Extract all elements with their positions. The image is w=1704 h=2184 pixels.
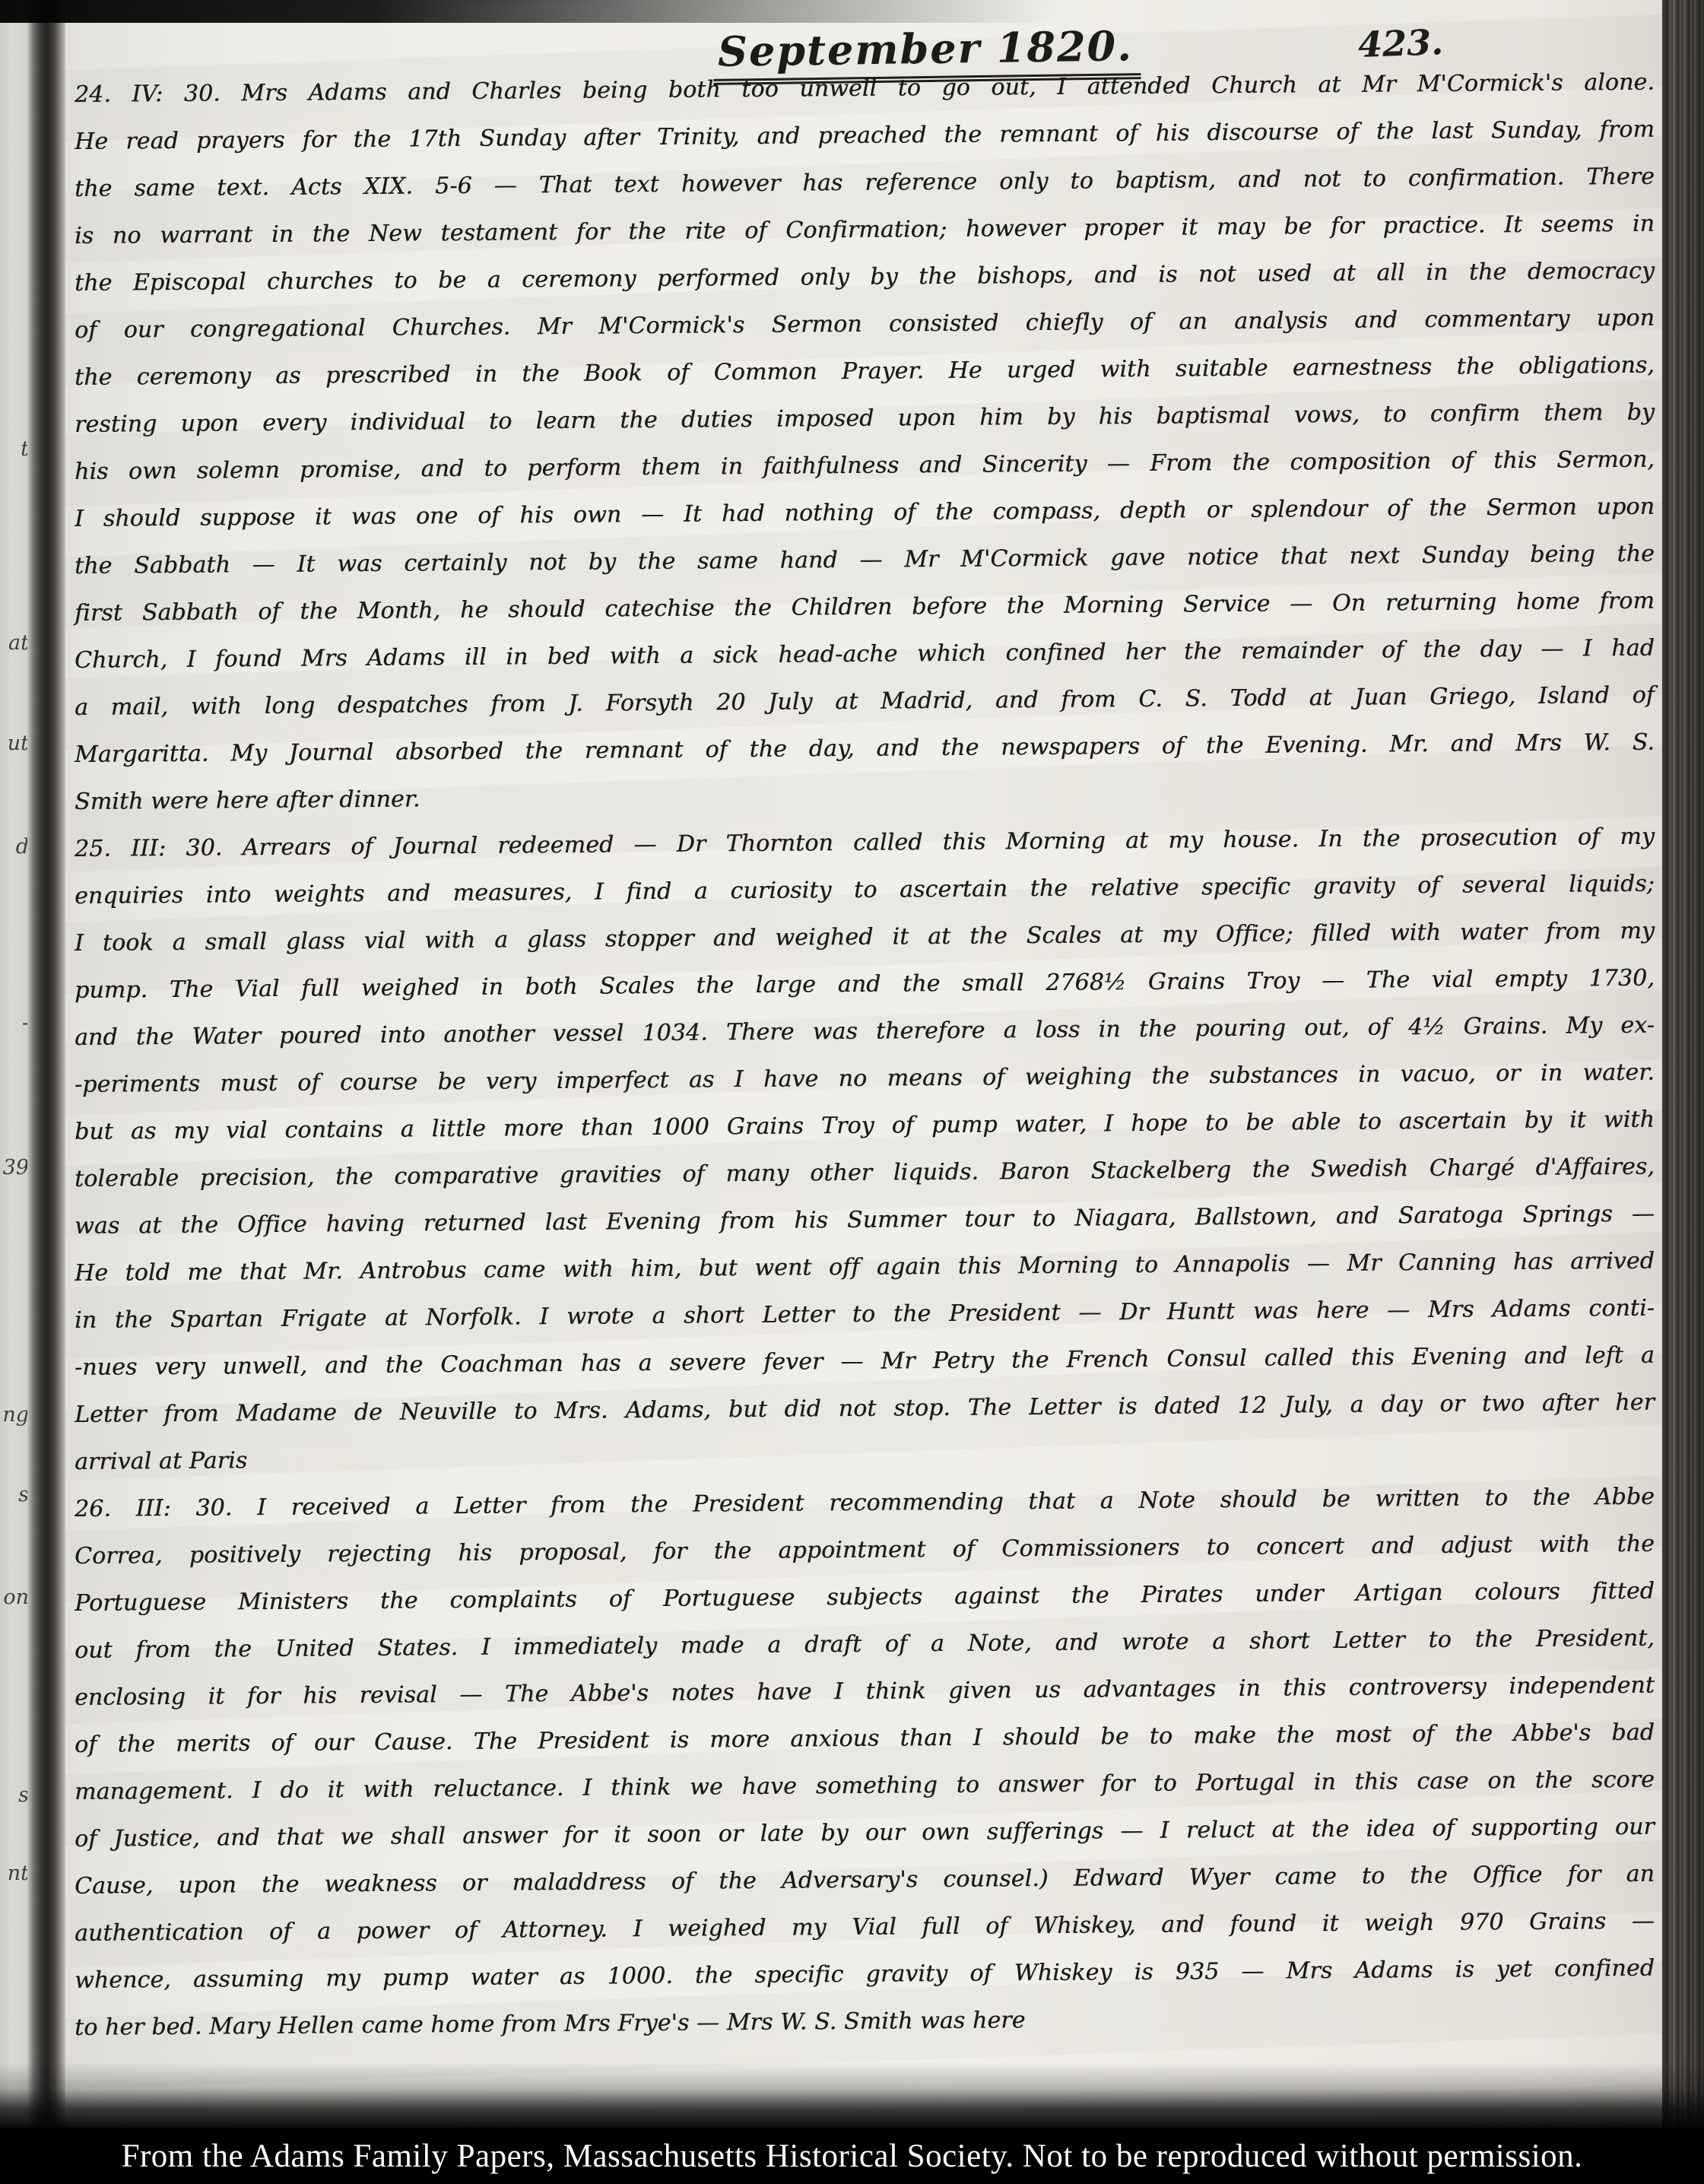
photo-top-shadow — [0, 0, 1704, 23]
facing-page-text-fragment: on — [2, 1586, 29, 1609]
diary-entries: 24. IV: 30. Mrs Adams and Charles being … — [75, 71, 1655, 2052]
manuscript-photo: tatutd-39ngsonsnt September 1820. 423. 2… — [0, 0, 1704, 2184]
facing-page-text-fragment: nt — [2, 1862, 29, 1885]
attribution-caption: From the Adams Family Papers, Massachuse… — [122, 2138, 1583, 2175]
book-gutter-shadow — [27, 0, 65, 2134]
facing-page-text-fragment: ut — [2, 732, 29, 755]
facing-page-text-fragment: ng — [2, 1403, 29, 1427]
facing-page-text-fragment: - — [2, 1011, 29, 1035]
page-bottom-shadow — [0, 2062, 1704, 2131]
diary-entry: 26. III: 30. I received a Letter from th… — [75, 1486, 1655, 2052]
facing-page-text-fragment: 39 — [2, 1156, 29, 1179]
facing-page-text-fragment: t — [2, 437, 29, 461]
facing-page-text-fragment: d — [2, 835, 29, 859]
page-number: 423. — [1357, 21, 1444, 65]
facing-page-text-fragment: s — [2, 1783, 29, 1807]
diary-page: September 1820. 423. 24. IV: 30. Mrs Ada… — [65, 0, 1662, 2129]
facing-page-text-fragment: at — [2, 631, 29, 655]
diary-entry: 24. IV: 30. Mrs Adams and Charles being … — [75, 71, 1655, 826]
book-fore-edge — [1662, 0, 1704, 2137]
facing-page-edge: tatutd-39ngsonsnt — [0, 0, 30, 2131]
caption-band: From the Adams Family Papers, Massachuse… — [0, 2128, 1704, 2184]
diary-entry: 25. III: 30. Arrears of Journal redeemed… — [75, 826, 1655, 1486]
facing-page-text-fragment: s — [2, 1483, 29, 1506]
